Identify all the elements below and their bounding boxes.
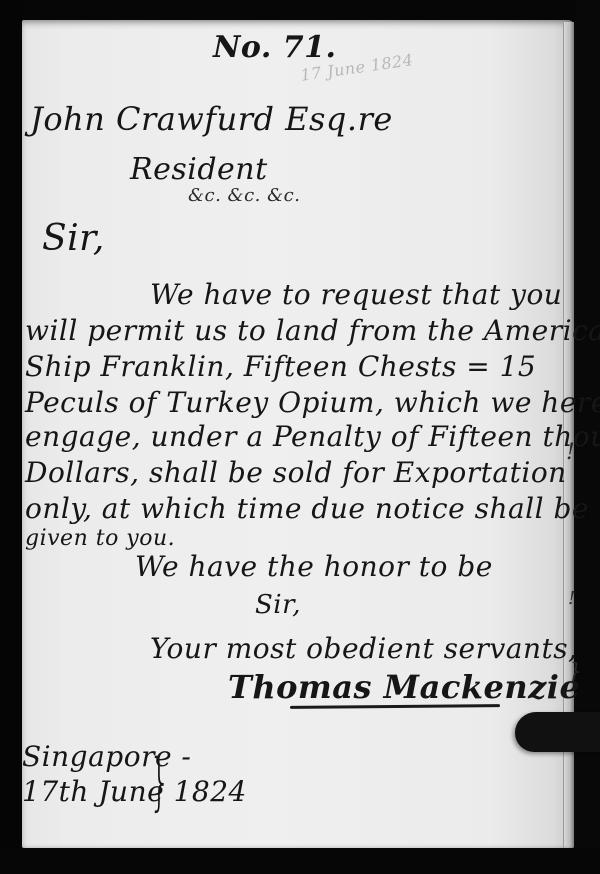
body-line: engage, under a Penalty of Fifteen thous…	[25, 420, 600, 453]
body-line: Dollars, shall be sold for Exportation	[25, 456, 567, 489]
body-line: Ship Franklin, Fifteen Chests = 15	[25, 350, 536, 383]
addressee-name: John Crawfurd Esq.re	[30, 100, 393, 138]
brace-icon: }	[149, 745, 171, 818]
margin-mark: }	[568, 660, 582, 685]
salutation: Sir,	[42, 218, 105, 259]
closing-sir: Sir,	[255, 590, 301, 620]
margin-mark: !	[566, 440, 575, 465]
addressee-etc: &c. &c. &c.	[188, 185, 300, 206]
closing-phrase: We have the honor to be	[135, 550, 493, 583]
reference-number: No. 71.	[213, 30, 337, 65]
body-line: will permit us to land from the American	[25, 314, 600, 347]
body-line: Peculs of Turkey Opium, which we hereby	[25, 386, 600, 419]
binding-clip	[515, 712, 600, 752]
scanned-page: No. 71. 17 June 1824 John Crawfurd Esq.r…	[0, 0, 600, 874]
body-line: only, at which time due notice shall be	[25, 492, 589, 525]
margin-mark: !	[568, 588, 575, 609]
letter-date: 17th June 1824	[22, 775, 247, 808]
body-line: given to you.	[25, 526, 175, 551]
signature: Thomas Mackenzie	[228, 668, 580, 706]
scan-border-bottom	[0, 848, 600, 874]
scan-border-top	[0, 0, 600, 22]
valediction: Your most obedient servants,	[150, 632, 578, 665]
body-line: We have to request that you	[150, 278, 562, 311]
addressee-title: Resident	[130, 152, 268, 187]
scan-border-left	[0, 0, 22, 874]
